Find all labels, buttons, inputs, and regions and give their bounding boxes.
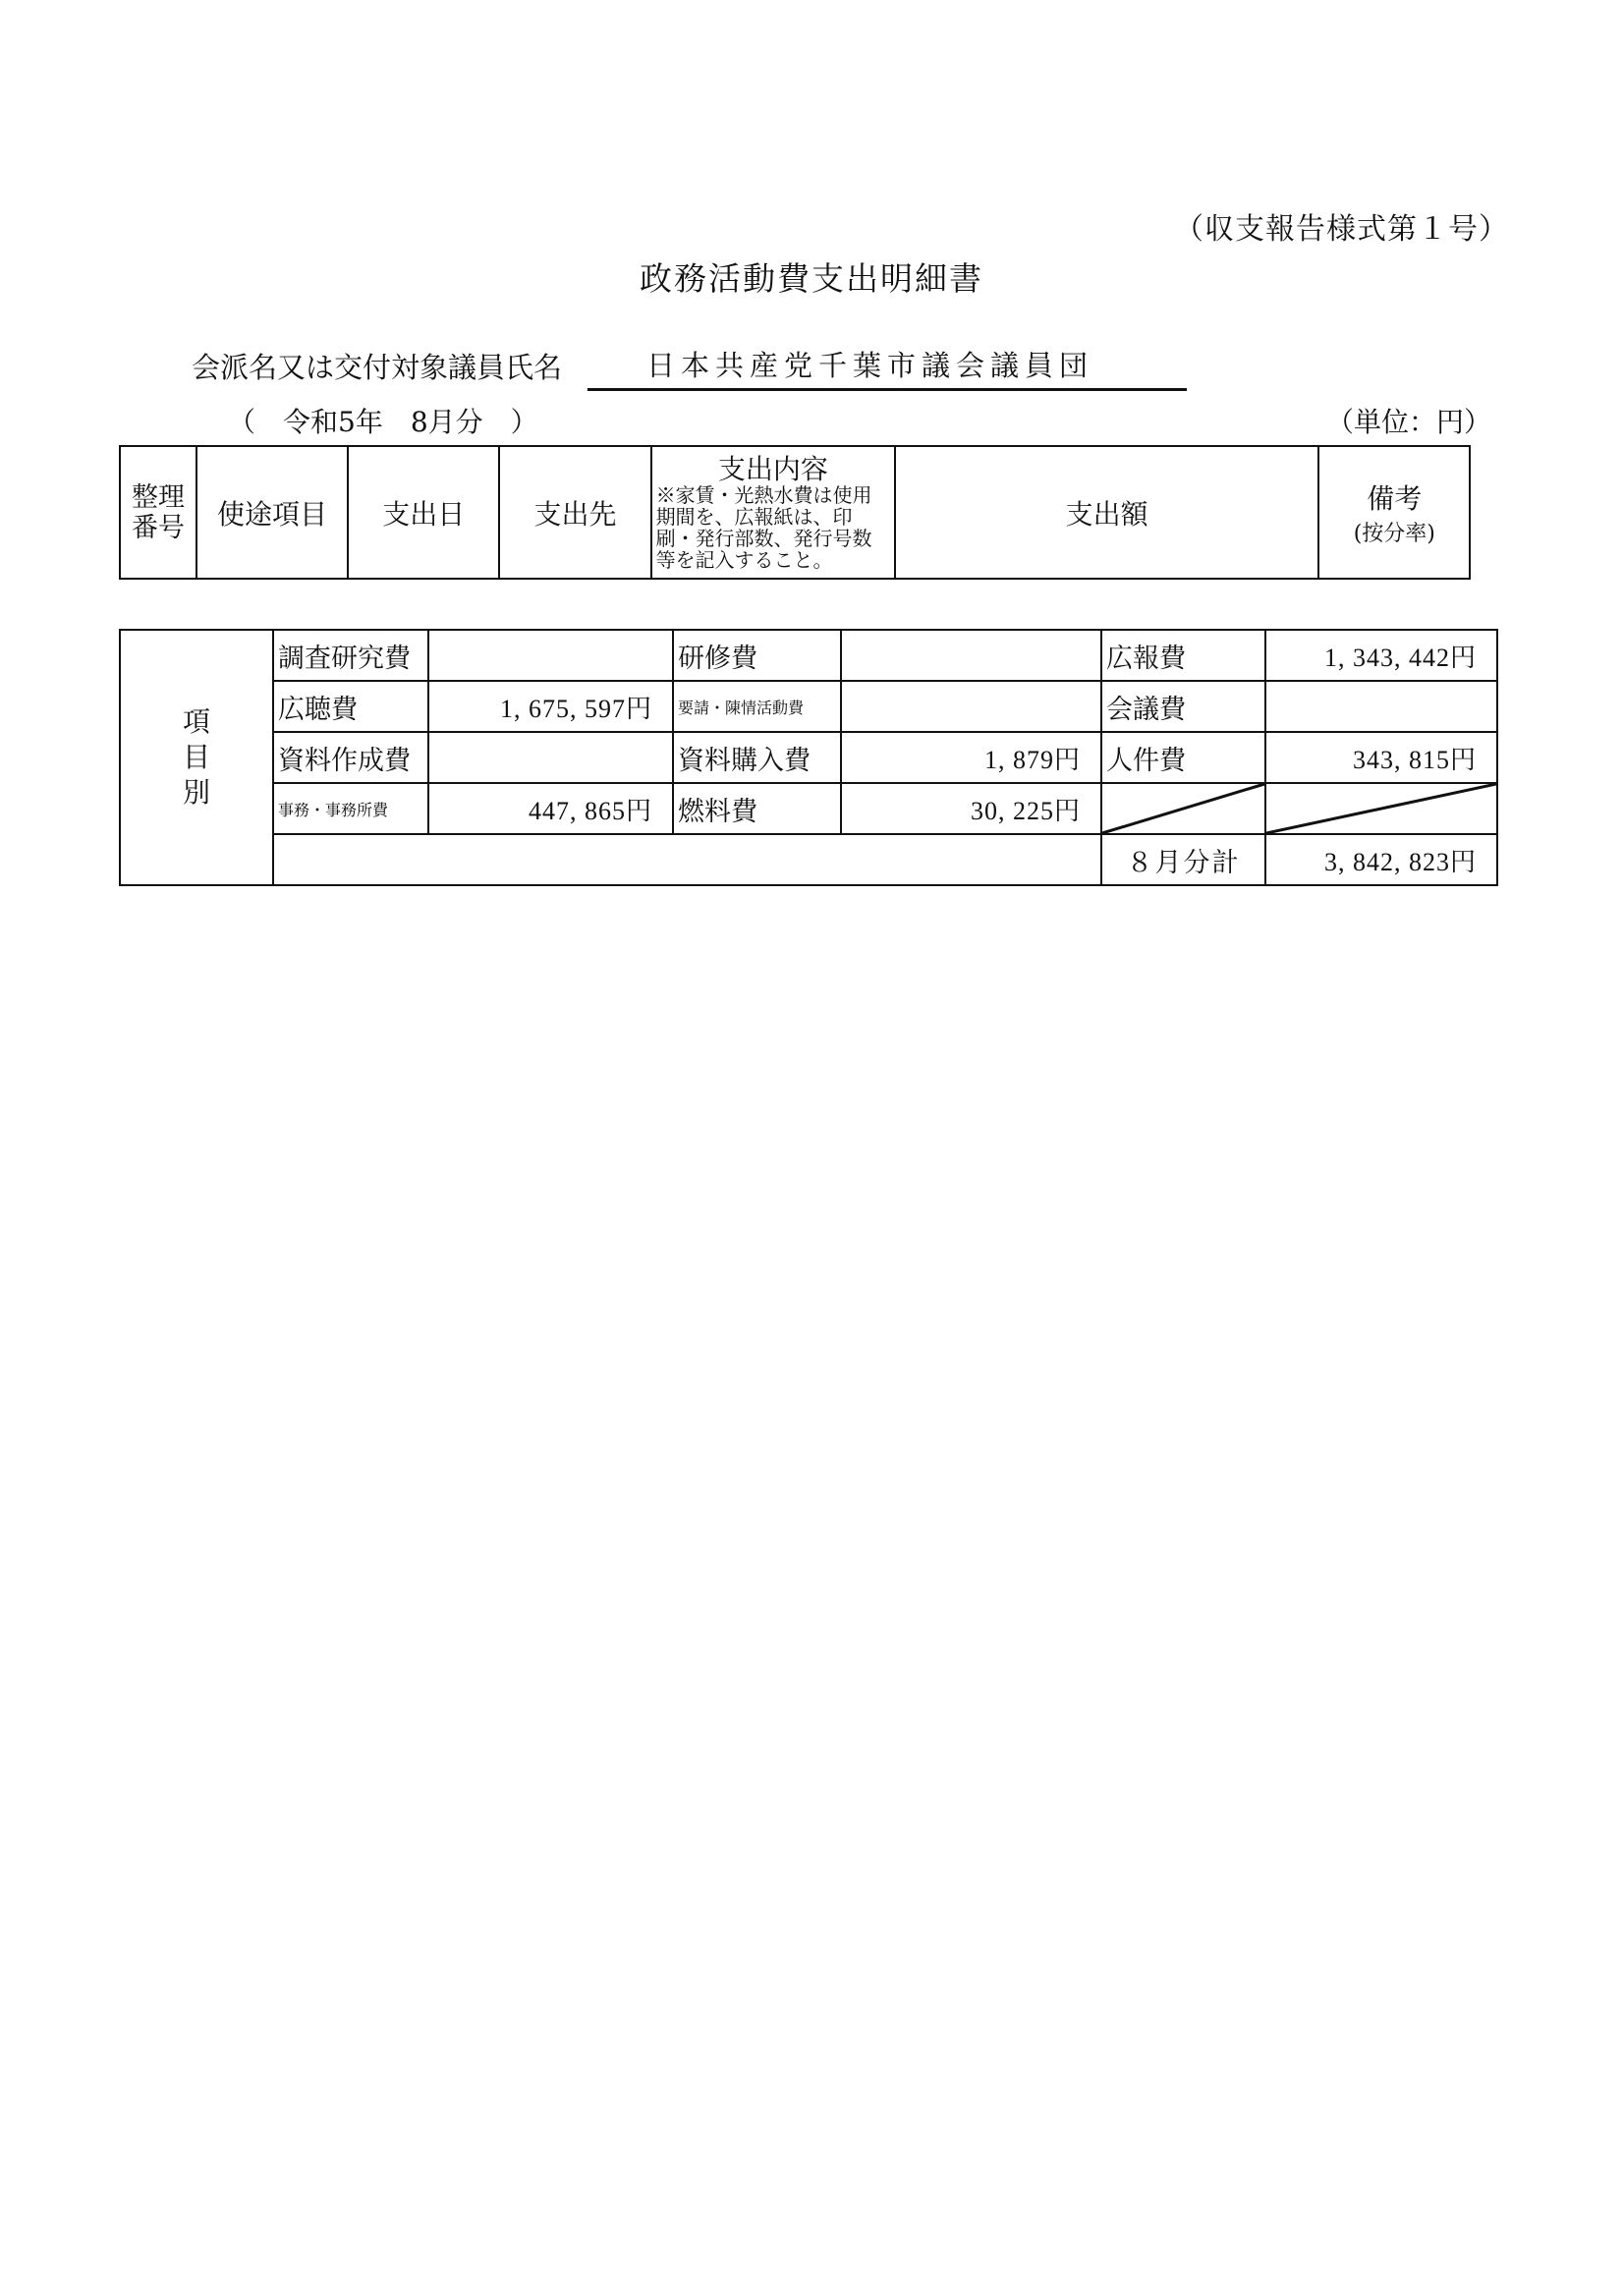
header-content: 支出内容 ※家賃・光熱水費は使用期間を、広報紙は、印刷・発行部数、発行号数等を記…: [651, 446, 896, 579]
category-amount: 30, 225円: [841, 783, 1101, 834]
category-label: 広報費: [1101, 630, 1265, 681]
document-title: 政務活動費支出明細書: [0, 253, 1623, 300]
category-amount: 1, 343, 442円: [1265, 630, 1497, 681]
total-amount: 3, 842, 823円: [1265, 834, 1497, 885]
category-label: 広聴費: [273, 681, 428, 732]
header-amount: 支出額: [895, 446, 1318, 579]
summary-row: 広聴費1, 675, 597円要請・陳情活動費会議費: [120, 681, 1497, 732]
category-amount: [1265, 681, 1497, 732]
category-amount: [428, 732, 673, 783]
category-amount: [841, 630, 1101, 681]
category-label: 会議費: [1101, 681, 1265, 732]
summary-row: 資料作成費資料購入費1, 879円人件費343, 815円: [120, 732, 1497, 783]
header-date: 支出日: [348, 446, 499, 579]
content-title: 支出内容: [652, 455, 895, 484]
header-remarks: 備考 (按分率): [1318, 446, 1470, 579]
category-label: 研修費: [673, 630, 841, 681]
category-label: 事務・事務所費: [273, 783, 428, 834]
expense-header-table: 整理 番号 使途項目 支出日 支出先 支出内容 ※家賃・光熱水費は使用期間を、広…: [119, 445, 1623, 580]
unit-label: （単位：円）: [1326, 401, 1491, 440]
reporting-period: （ 令和5年 8月分 ）: [228, 401, 538, 440]
category-label: 資料購入費: [673, 732, 841, 783]
side-label: 項目別: [120, 630, 273, 885]
category-summary-table: 項目別調査研究費研修費広報費1, 343, 442円広聴費1, 675, 597…: [119, 629, 1498, 886]
header-number: 整理 番号: [120, 446, 196, 579]
category-label: 人件費: [1101, 732, 1265, 783]
category-amount: 1, 879円: [841, 732, 1101, 783]
total-label: ８月分計: [1101, 834, 1265, 885]
category-amount: 1, 675, 597円: [428, 681, 673, 732]
category-label: 調査研究費: [273, 630, 428, 681]
faction-label: 会派名又は交付対象議員氏名: [192, 346, 562, 386]
category-amount: 447, 865円: [428, 783, 673, 834]
form-number: （収支報告様式第１号）: [1174, 204, 1509, 248]
category-label: 燃料費: [673, 783, 841, 834]
total-row-blank: [273, 834, 1101, 885]
category-label: 資料作成費: [273, 732, 428, 783]
summary-row: 項目別調査研究費研修費広報費1, 343, 442円: [120, 630, 1497, 681]
header-purpose: 使途項目: [196, 446, 348, 579]
content-note: ※家賃・光熱水費は使用期間を、広報紙は、印刷・発行部数、発行号数等を記入すること…: [652, 484, 895, 571]
header-payee: 支出先: [499, 446, 650, 579]
category-label: 要請・陳情活動費: [673, 681, 841, 732]
diagonal-blank-cell: [1265, 783, 1497, 834]
summary-row: 事務・事務所費447, 865円燃料費30, 225円: [120, 783, 1497, 834]
diagonal-blank-cell: [1101, 783, 1265, 834]
category-amount: [841, 681, 1101, 732]
total-row: ８月分計3, 842, 823円: [120, 834, 1497, 885]
category-amount: 343, 815円: [1265, 732, 1497, 783]
category-amount: [428, 630, 673, 681]
faction-value: 日本共産党千葉市議会議員団: [588, 344, 1187, 391]
